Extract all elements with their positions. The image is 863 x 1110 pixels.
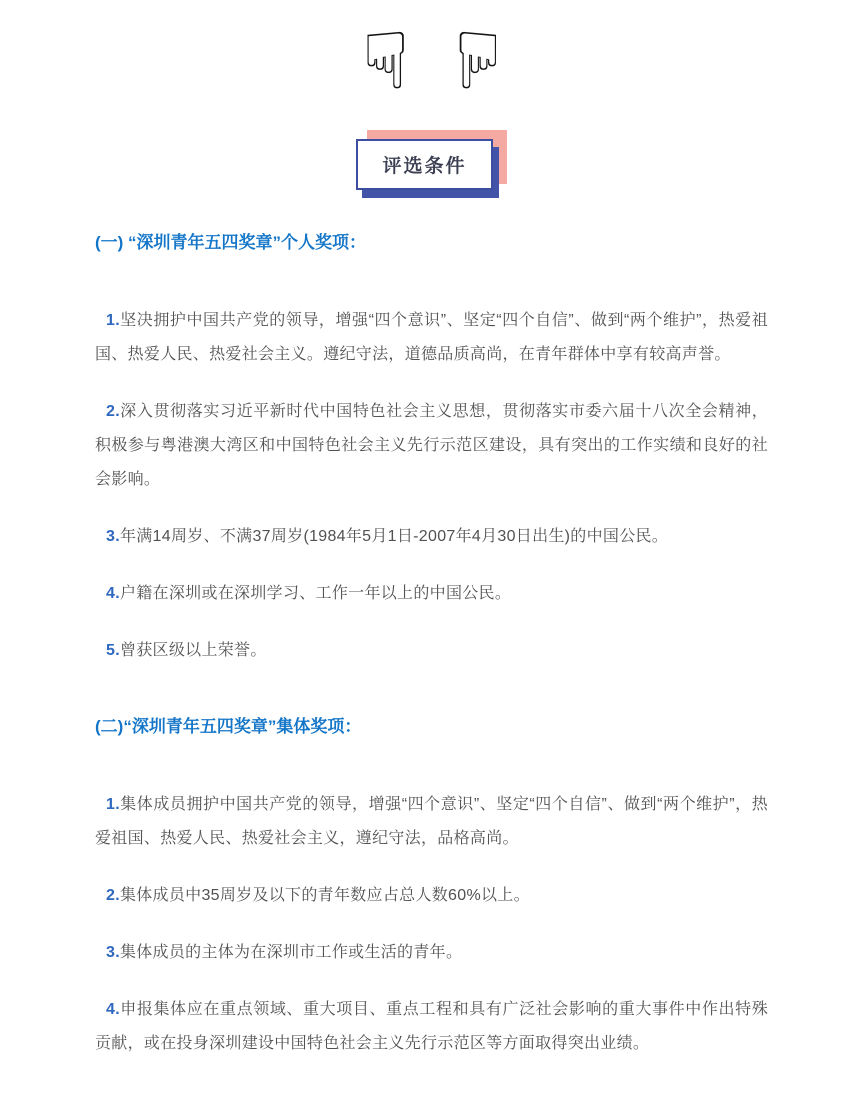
section-collective-awards: (二)“深圳青年五四奖章”集体奖项： 1.集体成员拥护中国共产党的领导，增强“四… [95,710,768,1061]
section-individual-awards: (一) “深圳青年五四奖章”个人奖项： 1.坚决拥护中国共产党的领导，增强“四个… [95,226,768,668]
item-number: 2. [106,403,120,420]
badge-row: 评选条件 [95,130,768,198]
item-text: 深入贯彻落实习近平新时代中国特色社会主义思想，贯彻落实市委六届十八次全会精神，积… [95,403,768,488]
criteria-item: 2.深入贯彻落实习近平新时代中国特色社会主义思想，贯彻落实市委六届十八次全会精神… [95,395,768,497]
item-number: 3. [106,528,120,545]
item-text: 年满14周岁、不满37周岁(1984年5月1日-2007年4月30日出生)的中国… [120,528,668,545]
criteria-item: 4.申报集体应在重点领域、重大项目、重点工程和具有广泛社会影响的重大事件中作出特… [95,993,768,1061]
section-2-heading: (二)“深圳青年五四奖章”集体奖项： [95,710,768,744]
item-text: 集体成员拥护中国共产党的领导，增强“四个意识”、坚定“四个自信”、做到“两个维护… [95,796,768,847]
item-text: 户籍在深圳或在深圳学习、工作一年以上的中国公民。 [120,585,511,602]
section-1-heading: (一) “深圳青年五四奖章”个人奖项： [95,226,768,260]
criteria-item: 4.户籍在深圳或在深圳学习、工作一年以上的中国公民。 [95,577,768,611]
item-number: 4. [106,585,120,602]
hand-pointing-down-icon-mirrored: ☟ [454,23,502,101]
criteria-item: 2.集体成员中35周岁及以下的青年数应占总人数60%以上。 [95,879,768,913]
item-number: 4. [106,1001,120,1018]
hands-decoration-row: ☟ ☟ [95,24,768,100]
criteria-item: 5.曾获区级以上荣誉。 [95,634,768,668]
selection-criteria-badge: 评选条件 [356,139,492,190]
item-number: 5. [106,642,120,659]
criteria-item: 3.集体成员的主体为在深圳市工作或生活的青年。 [95,936,768,970]
hand-pointing-down-icon: ☟ [362,23,410,101]
criteria-item: 1.坚决拥护中国共产党的领导，增强“四个意识”、坚定“四个自信”、做到“两个维护… [95,304,768,372]
criteria-item: 3.年满14周岁、不满37周岁(1984年5月1日-2007年4月30日出生)的… [95,520,768,554]
criteria-item: 1.集体成员拥护中国共产党的领导，增强“四个意识”、坚定“四个自信”、做到“两个… [95,788,768,856]
item-text: 集体成员的主体为在深圳市工作或生活的青年。 [120,944,462,961]
article-page: ☟ ☟ 评选条件 (一) “深圳青年五四奖章”个人奖项： 1.坚决拥护中国共产党… [0,0,863,1092]
item-text: 曾获区级以上荣誉。 [120,642,267,659]
item-number: 1. [106,796,120,813]
item-number: 2. [106,887,120,904]
badge-label: 评选条件 [356,139,492,190]
item-text: 集体成员中35周岁及以下的青年数应占总人数60%以上。 [120,887,530,904]
item-number: 1. [106,312,120,329]
item-number: 3. [106,944,120,961]
item-text: 坚决拥护中国共产党的领导，增强“四个意识”、坚定“四个自信”、做到“两个维护”，… [95,312,768,363]
item-text: 申报集体应在重点领域、重大项目、重点工程和具有广泛社会影响的重大事件中作出特殊贡… [95,1001,768,1052]
